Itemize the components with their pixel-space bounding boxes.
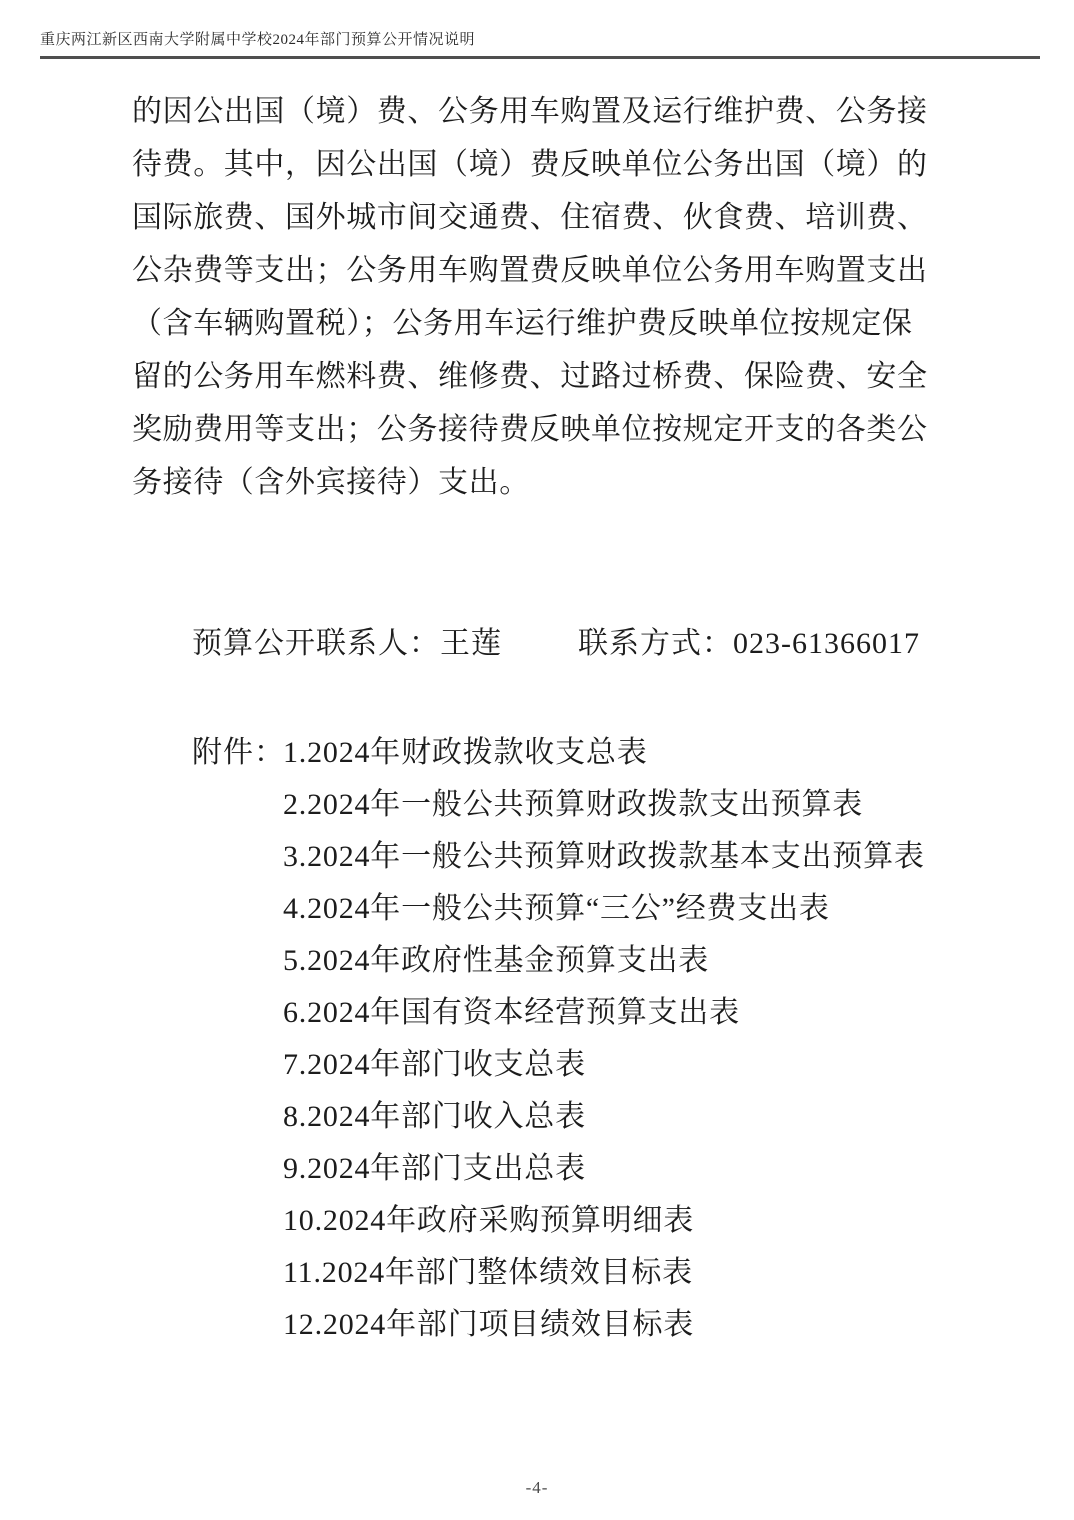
attachment-item: 6.2024年国有资本经营预算支出表: [283, 987, 925, 1039]
body-line: 奖励费用等支出；公务接待费反映单位按规定开支的各类公: [132, 403, 942, 456]
contact-method-value: 023-61366017: [733, 627, 920, 660]
attachment-item: 9.2024年部门支出总表: [283, 1143, 925, 1195]
page-header: 重庆两江新区西南大学附属中学校2024年部门预算公开情况说明: [40, 28, 1040, 59]
header-title: 重庆两江新区西南大学附属中学校2024年部门预算公开情况说明: [40, 28, 1040, 49]
body-line: 公杂费等支出；公务用车购置费反映单位公务用车购置支出: [132, 244, 942, 297]
body-paragraph: 的因公出国（境）费、公务用车购置及运行维护费、公务接 待费。其中，因公出国（境）…: [132, 85, 942, 509]
contact-person-label: 预算公开联系人：: [192, 622, 440, 666]
contact-method-label: 联系方式：: [578, 627, 733, 660]
attachments-label: 附件：: [192, 727, 283, 779]
attachment-item: 4.2024年一般公共预算“三公”经费支出表: [283, 883, 925, 935]
attachment-item: 11.2024年部门整体绩效目标表: [283, 1247, 925, 1299]
contact-method: 联系方式：023-61366017: [578, 622, 920, 666]
attachments-list: 1.2024年财政拨款收支总表 2.2024年一般公共预算财政拨款支出预算表 3…: [283, 727, 925, 1351]
body-line: （含车辆购置税）；公务用车运行维护费反映单位按规定保: [132, 297, 942, 350]
body-line: 国际旅费、国外城市间交通费、住宿费、伙食费、培训费、: [132, 191, 942, 244]
page-footer: -4-: [0, 1478, 1074, 1498]
contact-person-name: 王莲: [440, 622, 502, 666]
body-line: 待费。其中，因公出国（境）费反映单位公务出国（境）的: [132, 138, 942, 191]
attachment-item: 8.2024年部门收入总表: [283, 1091, 925, 1143]
document-page: 重庆两江新区西南大学附属中学校2024年部门预算公开情况说明 的因公出国（境）费…: [0, 0, 1074, 1520]
attachment-item: 5.2024年政府性基金预算支出表: [283, 935, 925, 987]
attachment-item: 1.2024年财政拨款收支总表: [283, 727, 925, 779]
page-number: -4-: [526, 1478, 549, 1497]
body-line: 务接待（含外宾接待）支出。: [132, 456, 942, 509]
attachment-item: 7.2024年部门收支总表: [283, 1039, 925, 1091]
body-line: 留的公务用车燃料费、维修费、过路过桥费、保险费、安全: [132, 350, 942, 403]
attachment-item: 12.2024年部门项目绩效目标表: [283, 1299, 925, 1351]
attachment-item: 10.2024年政府采购预算明细表: [283, 1195, 925, 1247]
attachments-section: 附件： 1.2024年财政拨款收支总表 2.2024年一般公共预算财政拨款支出预…: [192, 727, 925, 1351]
attachment-item: 2.2024年一般公共预算财政拨款支出预算表: [283, 779, 925, 831]
contact-line: 预算公开联系人：王莲 联系方式：023-61366017: [192, 622, 920, 666]
attachment-item: 3.2024年一般公共预算财政拨款基本支出预算表: [283, 831, 925, 883]
body-line: 的因公出国（境）费、公务用车购置及运行维护费、公务接: [132, 85, 942, 138]
